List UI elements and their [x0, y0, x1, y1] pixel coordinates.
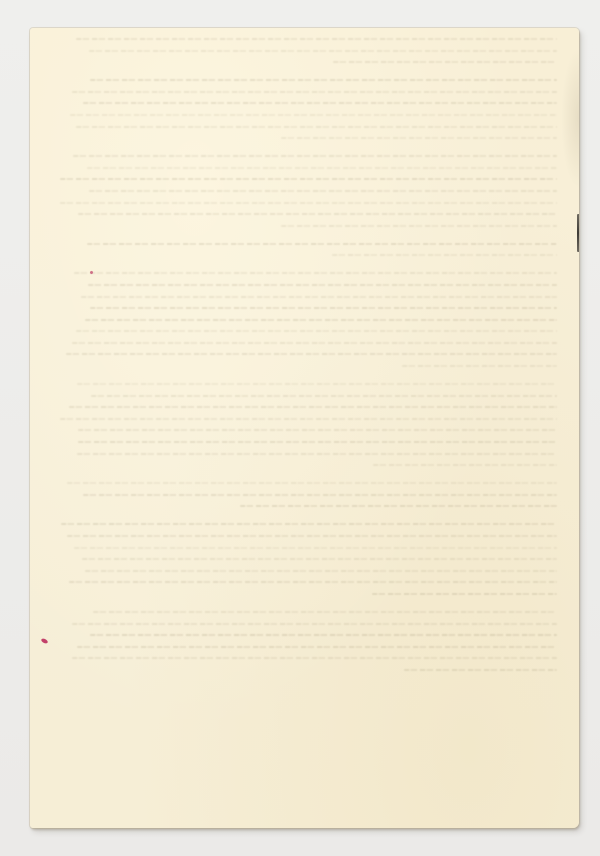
edge-wear [561, 48, 579, 188]
show-through-line [93, 611, 557, 613]
show-through-line [88, 284, 557, 286]
show-through-paragraph [58, 272, 557, 367]
show-through-line [76, 330, 557, 332]
show-through-line [281, 137, 557, 139]
show-through-line [85, 570, 557, 572]
show-through-line [333, 61, 557, 63]
show-through-line [61, 523, 557, 525]
show-through-line [69, 406, 557, 408]
show-through-line [76, 38, 557, 40]
show-through-line [90, 79, 557, 81]
show-through-line [90, 307, 557, 309]
show-through-line [78, 441, 557, 443]
show-through-line [60, 202, 557, 204]
show-through-paragraph [58, 482, 557, 507]
show-through-line [404, 669, 557, 671]
show-through-line [240, 505, 557, 507]
show-through-line [77, 646, 557, 648]
show-through-paragraph [58, 523, 557, 595]
show-through-line [72, 342, 557, 344]
show-through-line [77, 383, 557, 385]
show-through-line [281, 225, 557, 227]
show-through-line [72, 91, 557, 93]
show-through-line [74, 272, 557, 274]
ink-smudge-mark [40, 638, 48, 645]
show-through-line [60, 418, 557, 420]
show-through-line [76, 126, 557, 128]
show-through-line [66, 353, 557, 355]
show-through-line [332, 254, 557, 256]
show-through-line [67, 535, 557, 537]
show-through-line [83, 494, 557, 496]
paper-sheet [30, 28, 579, 828]
show-through-text [58, 38, 557, 788]
show-through-line [78, 429, 557, 431]
show-through-paragraph [58, 611, 557, 671]
show-through-paragraph [58, 383, 557, 466]
show-through-line [78, 213, 557, 215]
show-through-line [85, 319, 557, 321]
show-through-paragraph [58, 38, 557, 63]
show-through-paragraph [58, 155, 557, 227]
show-through-line [372, 593, 557, 595]
staple-shadow-mark [577, 214, 579, 252]
show-through-line [89, 50, 557, 52]
show-through-line [83, 102, 557, 104]
show-through-line [67, 482, 557, 484]
show-through-paragraph [58, 79, 557, 139]
scanned-page [0, 0, 600, 856]
show-through-line [73, 155, 557, 157]
show-through-line [87, 243, 557, 245]
show-through-line [87, 167, 557, 169]
show-through-line [74, 547, 557, 549]
show-through-line [72, 623, 557, 625]
show-through-line [91, 395, 557, 397]
show-through-line [373, 464, 557, 466]
show-through-line [81, 296, 557, 298]
show-through-line [60, 178, 557, 180]
show-through-line [70, 114, 557, 116]
show-through-line [77, 453, 557, 455]
show-through-line [90, 634, 557, 636]
show-through-line [89, 190, 557, 192]
show-through-line [69, 581, 557, 583]
show-through-line [82, 558, 557, 560]
show-through-line [402, 365, 557, 367]
show-through-paragraph [58, 243, 557, 257]
show-through-line [72, 657, 557, 659]
